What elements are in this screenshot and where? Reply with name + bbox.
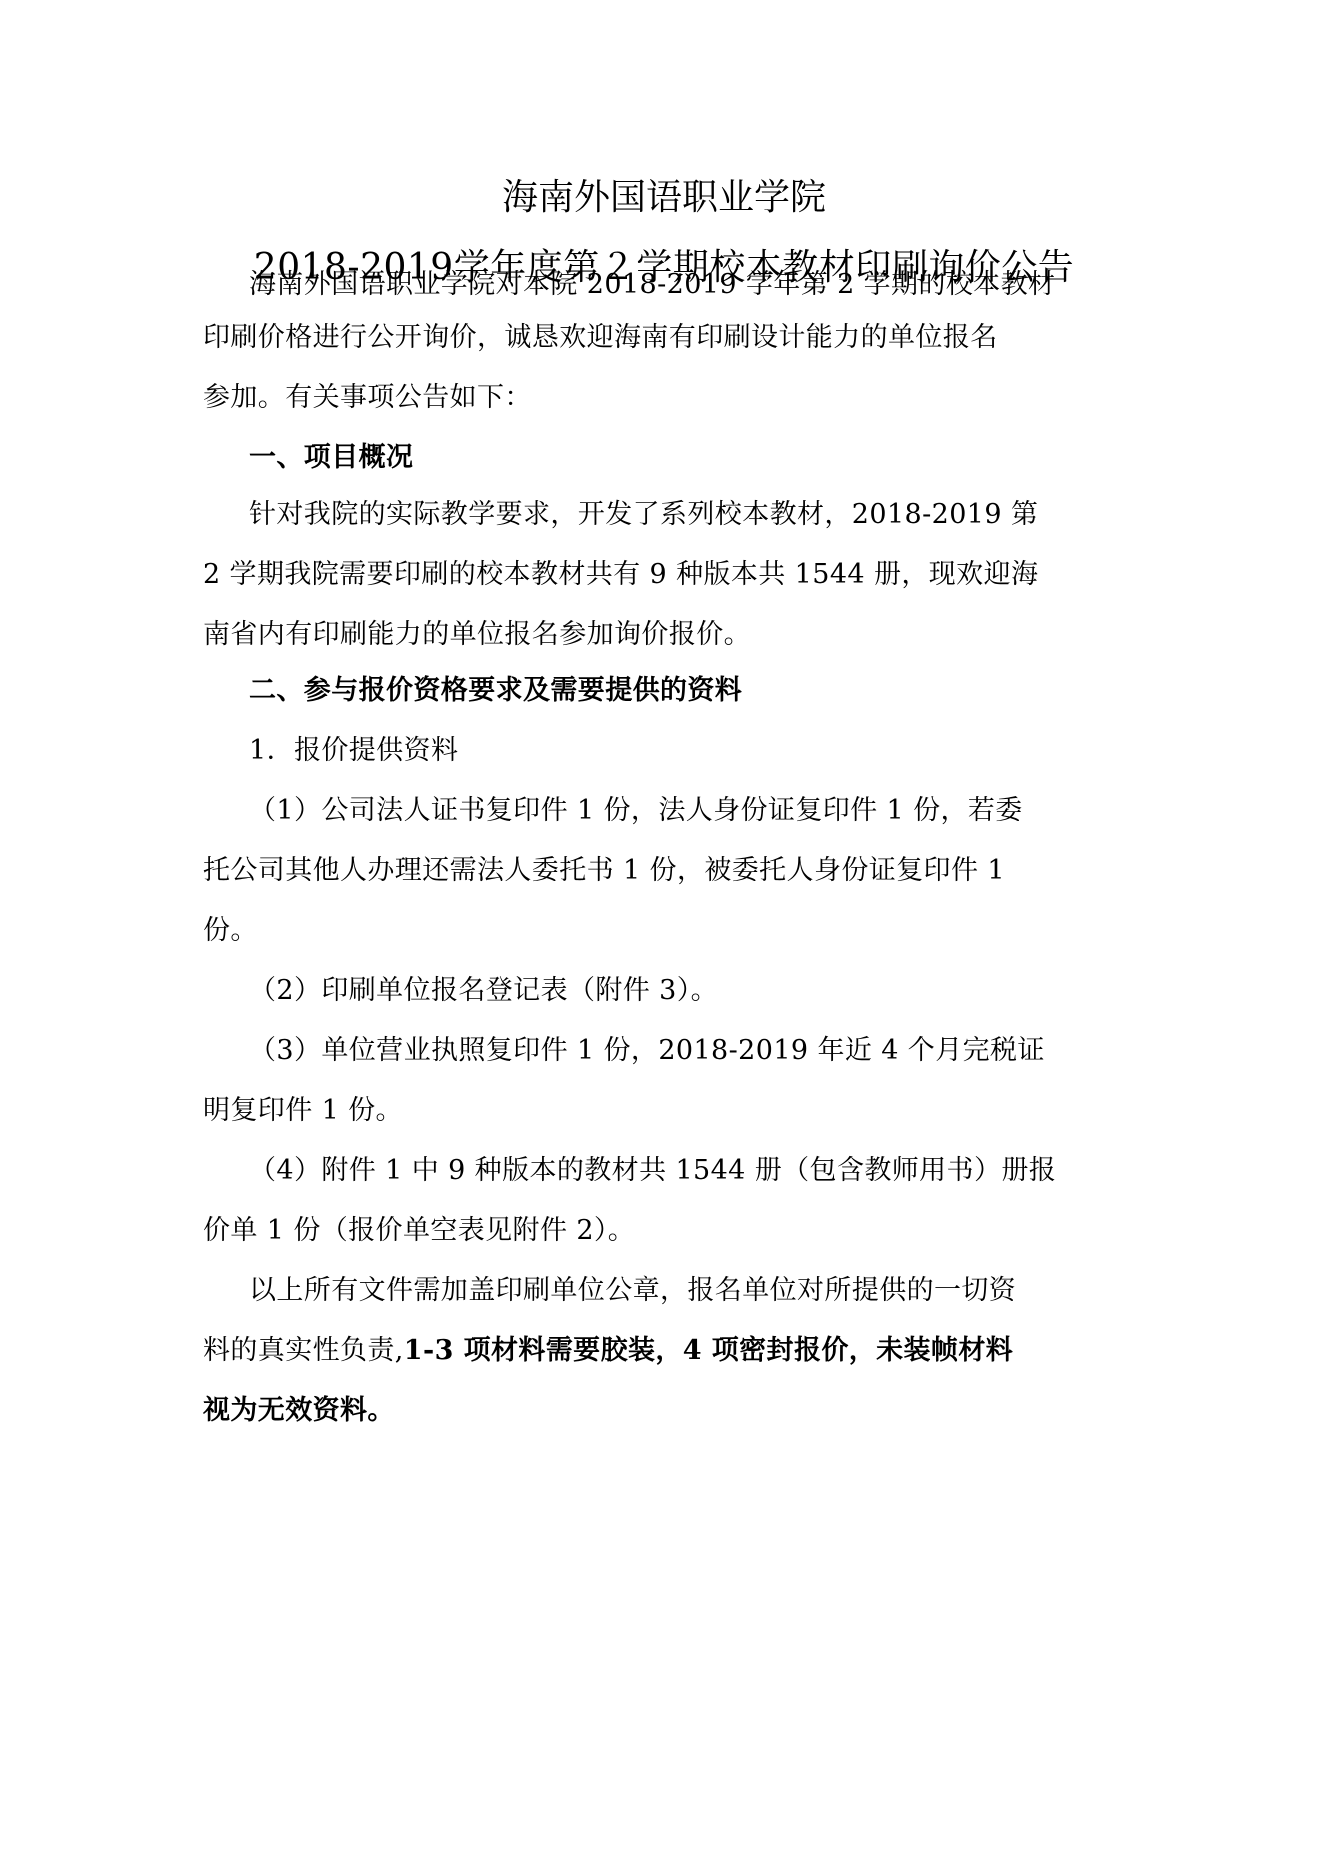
item-4-line-1: （4）附件 1 中 9 种版本的教材共 1544 册（包含教师用书）册报 bbox=[249, 1153, 1056, 1189]
item-1-line-2: 托公司其他人办理还需法人委托书 1 份，被委托人身份证复印件 1 bbox=[203, 853, 1005, 889]
section-1-line-2: 2 学期我院需要印刷的校本教材共有 9 种版本共 1544 册，现欢迎海 bbox=[203, 557, 1038, 593]
item-3-line-2: 明复印件 1 份。 bbox=[203, 1093, 403, 1129]
section-2-heading: 二、参与报价资格要求及需要提供的资料 bbox=[249, 673, 742, 709]
item-2-line-1: （2）印刷单位报名登记表（附件 3）。 bbox=[249, 973, 718, 1009]
section-1-heading: 一、项目概况 bbox=[249, 440, 413, 476]
item-1-line-3: 份。 bbox=[203, 913, 258, 949]
note-line-1: 以上所有文件需加盖印刷单位公章，报名单位对所提供的一切资 bbox=[249, 1273, 1016, 1309]
document-title-institution: 海南外国语职业学院 bbox=[203, 176, 1125, 220]
item-1-line-1: （1）公司法人证书复印件 1 份，法人身份证复印件 1 份，若委 bbox=[249, 793, 1023, 829]
note-line-3: 视为无效资料。 bbox=[203, 1393, 395, 1429]
note-line-2-normal: 料的真实性负责, bbox=[203, 1335, 404, 1366]
intro-line-2: 印刷价格进行公开询价，诚恳欢迎海南有印刷设计能力的单位报名 bbox=[203, 320, 998, 356]
note-line-2-bold: 1-3 项材料需要胶装，4 项密封报价，未装帧材料 bbox=[404, 1335, 1013, 1366]
section-2-subheading: 1．报价提供资料 bbox=[249, 733, 458, 769]
intro-line-1: 海南外国语职业学院对本院 2018-2019 学年第 2 学期的校本教材 bbox=[249, 267, 1055, 303]
section-1-line-3: 南省内有印刷能力的单位报名参加询价报价。 bbox=[203, 617, 751, 653]
item-4-line-2: 价单 1 份（报价单空表见附件 2）。 bbox=[203, 1213, 635, 1249]
section-1-line-1: 针对我院的实际教学要求，开发了系列校本教材，2018-2019 第 bbox=[249, 497, 1038, 533]
note-line-2: 料的真实性负责,1-3 项材料需要胶装，4 项密封报价，未装帧材料 bbox=[203, 1333, 1013, 1369]
intro-line-3: 参加。有关事项公告如下： bbox=[203, 380, 532, 416]
item-3-line-1: （3）单位营业执照复印件 1 份，2018-2019 年近 4 个月完税证 bbox=[249, 1033, 1045, 1069]
